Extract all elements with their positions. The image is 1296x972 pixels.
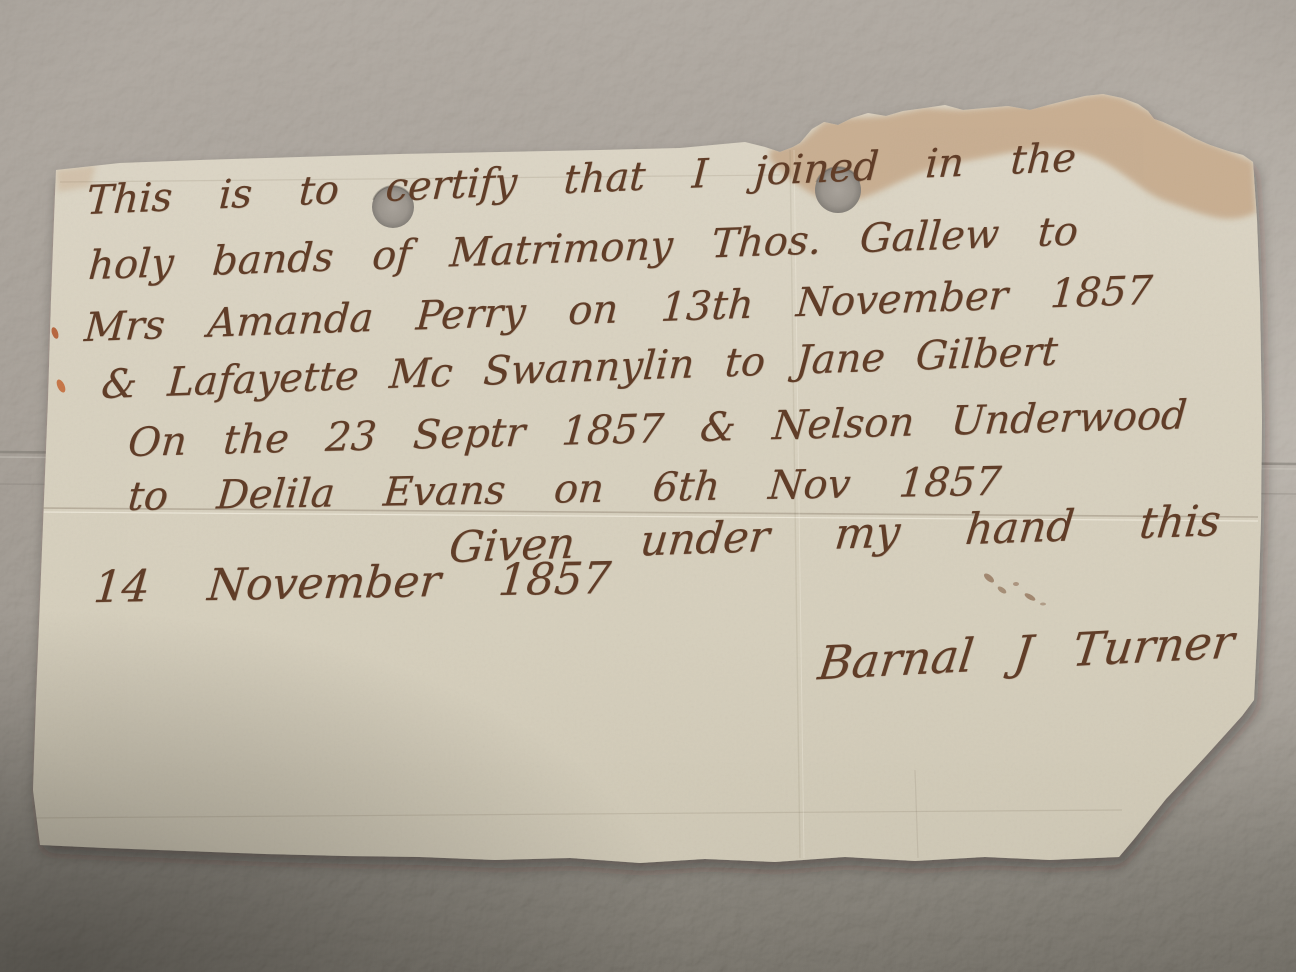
photo-scene: This is to certify that I joined in the … [0, 0, 1296, 972]
handwritten-line-1: This is to certify that I joined in the [85, 135, 1077, 224]
handwriting-layer: This is to certify that I joined in the … [0, 0, 1296, 972]
signature: Barnal J Turner [815, 614, 1237, 690]
handwritten-line-5: On the 23 Septr 1857 & Nelson Underwood [126, 392, 1188, 466]
handwritten-line-8: 14 November 1857 [92, 553, 613, 613]
